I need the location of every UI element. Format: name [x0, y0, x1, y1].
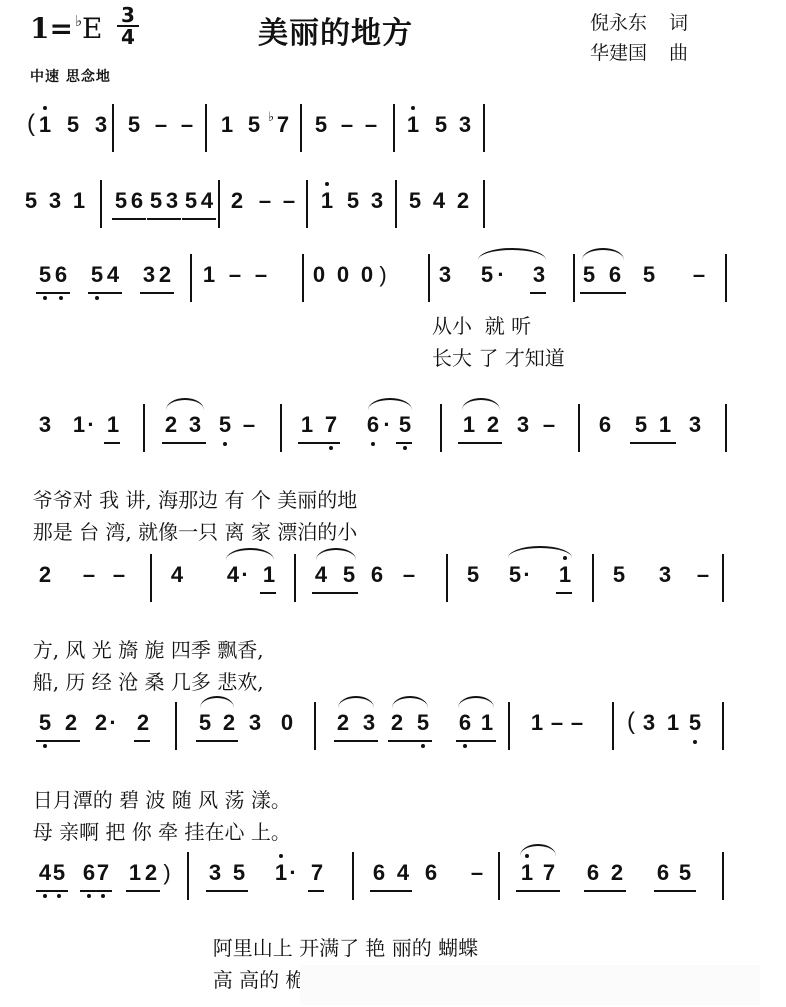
note: –	[694, 562, 712, 588]
note: 5	[216, 412, 234, 438]
slur	[338, 696, 374, 708]
note: 5	[50, 860, 68, 886]
bar-line	[725, 404, 727, 452]
bar-line	[395, 180, 397, 228]
note: 6	[596, 412, 614, 438]
slur	[478, 248, 546, 260]
note: 1	[518, 860, 536, 886]
note: 4	[168, 562, 186, 588]
note: 1	[104, 412, 122, 438]
underline	[396, 442, 412, 444]
note: 3	[514, 412, 532, 438]
bar-line	[112, 104, 114, 152]
note: 0	[310, 262, 328, 288]
note: 7	[540, 860, 558, 886]
staff-line-1: ( 1 5 3 5 – – 1 5 ♭7 5 – – 1 5 3	[0, 112, 786, 162]
note: 3	[456, 112, 474, 138]
paren-close: )	[374, 262, 392, 288]
lyrics-verse-2: 长大 了 才知道	[432, 342, 565, 371]
note: ♭7	[274, 112, 292, 138]
note: 1	[656, 412, 674, 438]
note: –	[80, 562, 98, 588]
bar-line	[508, 702, 510, 750]
note: 2	[608, 860, 626, 886]
note: 1	[260, 562, 278, 588]
note: 2	[484, 412, 502, 438]
note: 5	[64, 112, 82, 138]
augmentation-dot: ·	[378, 412, 396, 438]
note: 1	[478, 710, 496, 736]
bar-line	[302, 254, 304, 302]
note: –	[226, 262, 244, 288]
bar-line	[722, 554, 724, 602]
note: 1	[200, 262, 218, 288]
slur	[458, 696, 494, 708]
note: 0	[334, 262, 352, 288]
slur	[582, 248, 624, 260]
note: –	[548, 710, 566, 736]
augmentation-dot: ·	[82, 412, 100, 438]
paren-close: )	[158, 860, 176, 886]
underline	[88, 292, 122, 294]
note: 5	[230, 860, 248, 886]
note: 1	[36, 112, 54, 138]
bar-line	[205, 104, 207, 152]
staff-line-4: 3 1 · 1 2 3 5 – 1 7 6 · 5 1 2 3 – 6 5 1 …	[0, 412, 786, 462]
note: 3	[640, 710, 658, 736]
note: 1	[218, 112, 236, 138]
slur	[200, 696, 234, 708]
bar-line	[280, 404, 282, 452]
note: 5	[632, 412, 650, 438]
note: 1	[528, 710, 546, 736]
note: 2	[156, 262, 174, 288]
bar-line	[722, 702, 724, 750]
note: 5	[686, 710, 704, 736]
note: 1	[460, 412, 478, 438]
note: 6	[368, 562, 386, 588]
underline	[80, 890, 112, 892]
note: 5	[580, 262, 598, 288]
note: 2	[388, 710, 406, 736]
underline	[556, 592, 572, 594]
note: 5	[676, 860, 694, 886]
paren-open: (	[622, 708, 640, 736]
lyricist-role: 词	[669, 12, 688, 34]
bar-line	[187, 852, 189, 900]
staff-line-3: 5 6 5 4 3 2 1 – – 0 0 0 ) 3 5 · 3 5 6 5 …	[0, 262, 786, 312]
underline	[126, 890, 160, 892]
note: 1	[556, 562, 574, 588]
note: 6	[52, 262, 70, 288]
underline	[112, 218, 146, 220]
note: –	[338, 112, 356, 138]
note: 5	[125, 112, 143, 138]
lyric-text: 母 亲啊 把 你 牵 挂在心 上。	[33, 820, 291, 844]
lyric-text: 那是 台 湾, 就像一只 离 家 漂泊的小	[33, 520, 358, 544]
bar-line	[190, 254, 192, 302]
underline	[260, 592, 276, 594]
bar-line	[150, 554, 152, 602]
bar-line	[218, 180, 220, 228]
lyrics-verse-2: 母 亲啊 把 你 牵 挂在心 上。	[20, 792, 291, 845]
note: 0	[278, 710, 296, 736]
note: 1	[70, 188, 88, 214]
lyric-text: 船, 历 经 沧 桑 几多 悲欢,	[33, 670, 264, 694]
underline	[334, 740, 378, 742]
note: 6	[370, 860, 388, 886]
note: –	[178, 112, 196, 138]
bar-line	[725, 254, 727, 302]
lyricist-credit: 倪永东词	[590, 8, 688, 38]
bar-line	[306, 180, 308, 228]
underline	[147, 218, 181, 220]
note: –	[240, 412, 258, 438]
note: 2	[36, 562, 54, 588]
note: –	[540, 412, 558, 438]
bar-line	[446, 554, 448, 602]
note: –	[252, 262, 270, 288]
underline	[162, 442, 206, 444]
slur	[226, 548, 274, 560]
note: –	[110, 562, 128, 588]
note: 5	[640, 262, 658, 288]
note: 2	[134, 710, 152, 736]
note: 1	[664, 710, 682, 736]
slur	[368, 398, 412, 410]
note: 4	[104, 262, 122, 288]
note: 3	[360, 710, 378, 736]
underline	[206, 890, 248, 892]
underline	[456, 740, 496, 742]
time-signature: 3 4	[117, 6, 139, 46]
time-denominator: 4	[117, 28, 139, 46]
note: 2	[334, 710, 352, 736]
underline	[298, 442, 340, 444]
slur	[462, 398, 500, 410]
note: –	[468, 860, 486, 886]
credits: 倪永东词 华建国曲	[590, 8, 688, 68]
note: 2	[62, 710, 80, 736]
bar-line	[143, 404, 145, 452]
note: 4	[198, 188, 216, 214]
staff-line-5: 2 – – 4 4 · 1 4 5 6 – 5 5 · 1 5 3 –	[0, 562, 786, 612]
slur	[508, 546, 572, 558]
bar-line	[592, 554, 594, 602]
note: 5	[22, 188, 40, 214]
bar-line	[498, 852, 500, 900]
note: 5	[36, 710, 54, 736]
note: 3	[186, 412, 204, 438]
note: 7	[322, 412, 340, 438]
bar-line	[573, 254, 575, 302]
lyrics-verse-2: 那是 台 湾, 就像一只 离 家 漂泊的小	[20, 492, 357, 545]
lyrics-verse-1: 从小 就 听	[432, 310, 531, 339]
underline	[36, 740, 80, 742]
note: 2	[220, 710, 238, 736]
bar-line	[578, 404, 580, 452]
note: 6	[606, 262, 624, 288]
note: 5	[414, 710, 432, 736]
paren-open: (	[26, 110, 36, 138]
underline	[388, 740, 432, 742]
note: 2	[228, 188, 246, 214]
song-title: 美丽的地方	[258, 8, 413, 52]
note: 1	[318, 188, 336, 214]
note: 2	[162, 412, 180, 438]
note: –	[568, 710, 586, 736]
note: 4	[394, 860, 412, 886]
note: 2	[454, 188, 472, 214]
bar-line	[100, 180, 102, 228]
note: 5	[396, 412, 414, 438]
underline	[584, 890, 626, 892]
underline	[196, 740, 238, 742]
lyrics-verse-2: 船, 历 经 沧 桑 几多 悲欢,	[20, 642, 264, 695]
flat-sign: ♭	[75, 12, 82, 30]
bar-line	[314, 702, 316, 750]
note: 3	[656, 562, 674, 588]
lyricist-name: 倪永东	[590, 12, 647, 34]
augmentation-dot: ·	[284, 860, 302, 886]
key-prefix: 1=	[30, 12, 73, 45]
note: –	[362, 112, 380, 138]
note: 6	[422, 860, 440, 886]
augmentation-dot: ·	[104, 710, 122, 736]
slur	[520, 844, 556, 856]
time-numerator: 3	[117, 6, 139, 24]
note: 3	[368, 188, 386, 214]
note: 6	[654, 860, 672, 886]
note: 5	[406, 188, 424, 214]
note: –	[280, 188, 298, 214]
staff-line-7: 4 5 6 7 1 2 ) 3 5 1 · 7 6 4 6 – 1 7 6 2 …	[0, 860, 786, 910]
note: 3	[530, 262, 548, 288]
underline	[36, 292, 70, 294]
note: –	[400, 562, 418, 588]
note: 5	[340, 562, 358, 588]
augmentation-dot: ·	[518, 562, 536, 588]
note: 3	[36, 412, 54, 438]
underline	[134, 740, 150, 742]
note: 5	[245, 112, 263, 138]
note: 5	[196, 710, 214, 736]
bar-line	[294, 554, 296, 602]
bar-line	[722, 852, 724, 900]
staff-line-6: 5 2 2 · 2 5 2 3 0 2 3 2 5 6 1 1 – – ( 3 …	[0, 710, 786, 760]
note: 1	[404, 112, 422, 138]
underline	[140, 292, 174, 294]
bar-line	[300, 104, 302, 152]
underline	[654, 890, 696, 892]
composer-credit: 华建国曲	[590, 38, 688, 68]
note: 3	[46, 188, 64, 214]
note: 7	[94, 860, 112, 886]
note: 5	[312, 112, 330, 138]
underline	[308, 890, 324, 892]
note: 5	[344, 188, 362, 214]
note: 1	[298, 412, 316, 438]
note: 5	[610, 562, 628, 588]
underline	[458, 442, 502, 444]
faint-background-patch	[300, 965, 760, 1005]
staff-line-2: 5 3 1 5 6 5 3 5 4 2 – – 1 5 3 5 4 2	[0, 188, 786, 238]
bar-line	[352, 852, 354, 900]
bar-line	[612, 702, 614, 750]
underline	[104, 442, 120, 444]
bar-line	[483, 180, 485, 228]
note: –	[152, 112, 170, 138]
note: –	[690, 262, 708, 288]
bar-line	[440, 404, 442, 452]
augmentation-dot: ·	[236, 562, 254, 588]
note: 3	[686, 412, 704, 438]
bar-line	[428, 254, 430, 302]
underline	[630, 442, 676, 444]
underline	[530, 292, 546, 294]
augmentation-dot: ·	[492, 262, 510, 288]
note: 6	[128, 188, 146, 214]
note: 3	[92, 112, 110, 138]
composer-name: 华建国	[590, 42, 647, 64]
slur	[316, 548, 356, 560]
note: 7	[308, 860, 326, 886]
note: 4	[430, 188, 448, 214]
underline	[182, 218, 216, 220]
note: 3	[436, 262, 454, 288]
note: 6	[456, 710, 474, 736]
underline	[580, 292, 626, 294]
underline	[312, 592, 358, 594]
slur	[166, 398, 204, 410]
note: –	[256, 188, 274, 214]
composer-role: 曲	[669, 42, 688, 64]
note: 5	[464, 562, 482, 588]
slur	[392, 696, 428, 708]
note: 3	[206, 860, 224, 886]
underline	[516, 890, 560, 892]
underline	[370, 890, 412, 892]
bar-line	[393, 104, 395, 152]
tempo-marking: 中速 思念地	[30, 66, 111, 86]
note: 4	[312, 562, 330, 588]
key-note: E	[82, 12, 102, 45]
note: 3	[163, 188, 181, 214]
bar-line	[483, 104, 485, 152]
bar-line	[175, 702, 177, 750]
underline	[36, 890, 68, 892]
note: 6	[584, 860, 602, 886]
note: 3	[246, 710, 264, 736]
note: 5	[432, 112, 450, 138]
key-signature: 1=♭E	[30, 12, 102, 45]
